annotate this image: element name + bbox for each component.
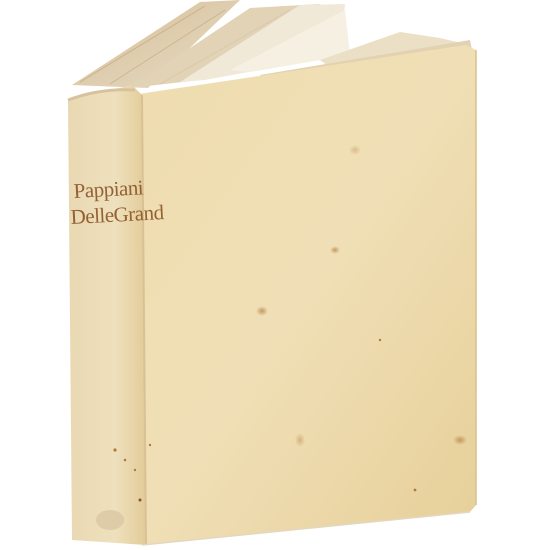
spine-title-line-2: DelleGrand [70,200,164,230]
book-photo: Pappiani DelleGrand [0,0,550,550]
front-cover [132,45,476,545]
spine-title-line-1: Pappiani [73,175,144,204]
spine [68,85,146,545]
book-illustration [0,0,550,550]
